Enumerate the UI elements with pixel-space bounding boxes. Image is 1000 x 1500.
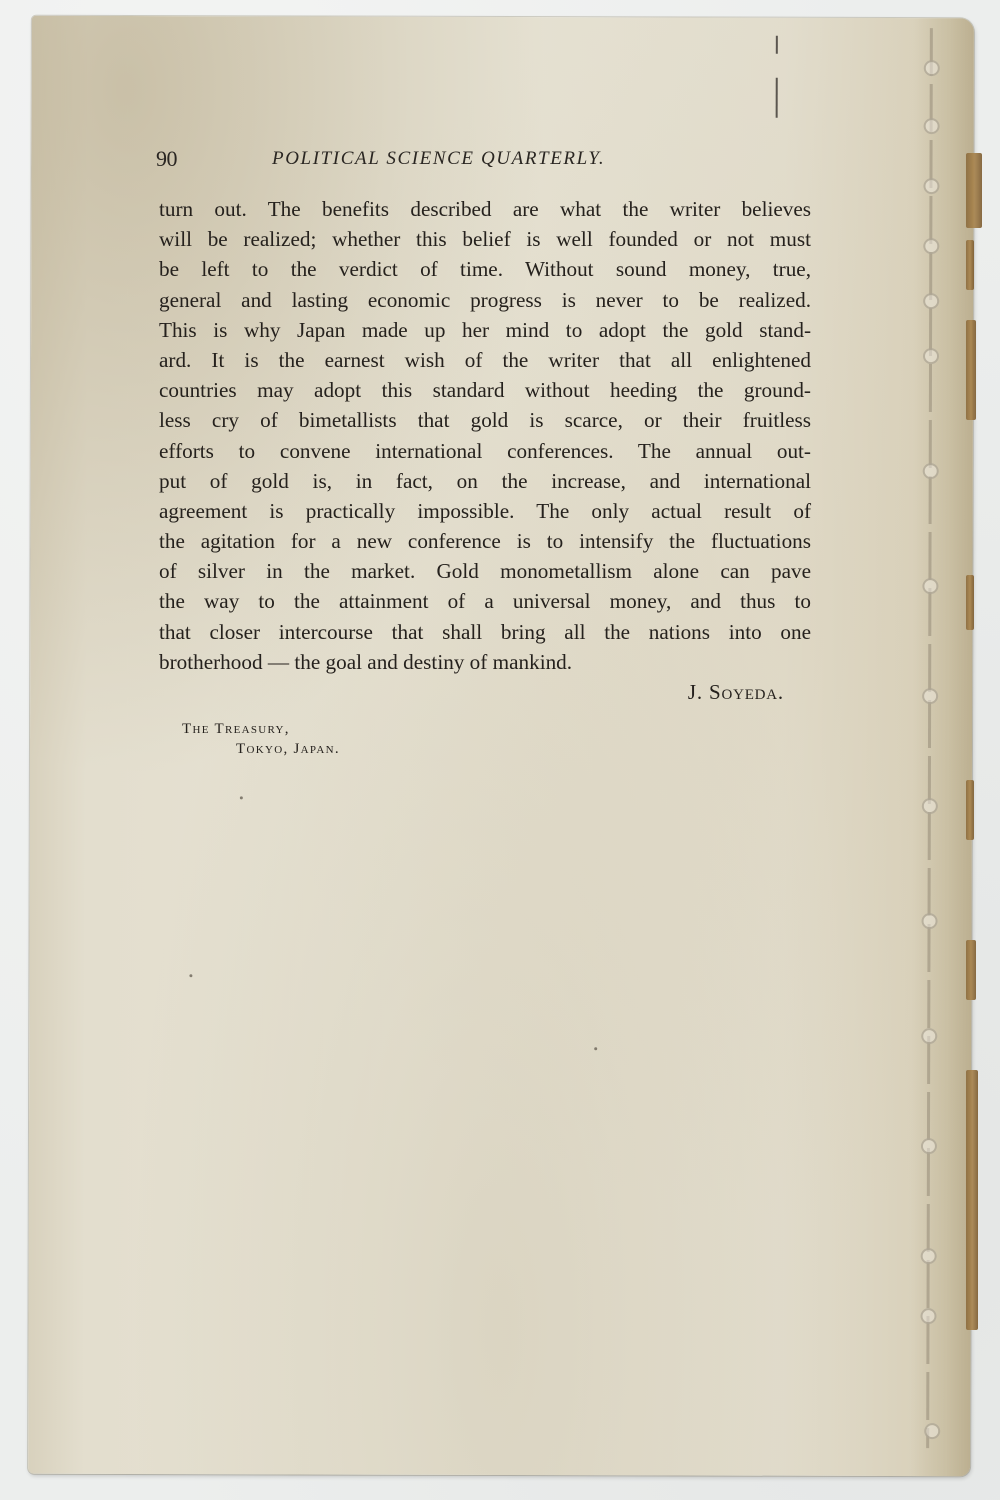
binding-tab — [966, 153, 982, 228]
address-line-2: Tokyo, Japan. — [182, 739, 340, 759]
stitch-knot — [923, 348, 939, 364]
text-line: that closer intercourse that shall bring… — [159, 617, 811, 647]
stitch-knot — [920, 1308, 936, 1324]
text-line: less cry of bimetallists that gold is sc… — [159, 405, 811, 435]
text-line: efforts to convene international confere… — [159, 436, 811, 466]
page-header: 90 POLITICAL SCIENCE QUARTERLY. — [156, 146, 716, 172]
text-line: put of gold is, in fact, on the increase… — [159, 466, 811, 496]
stitch-knot — [923, 238, 939, 254]
text-line: the agitation for a new conference is to… — [159, 526, 811, 556]
text-line: This is why Japan made up her mind to ad… — [159, 315, 811, 345]
text-line: general and lasting economic progress is… — [159, 285, 811, 315]
stitch-knot — [923, 463, 939, 479]
page-number: 90 — [156, 146, 177, 172]
binding-tab — [966, 240, 974, 290]
text-line: ard. It is the earnest wish of the write… — [159, 345, 811, 375]
stitch-knot — [921, 1248, 937, 1264]
text-line: countries may adopt this standard withou… — [159, 375, 811, 405]
paper-speck — [240, 796, 243, 799]
paper-speck — [189, 974, 192, 977]
stitch-knot — [922, 578, 938, 594]
text-line: turn out. The benefits described are wha… — [159, 194, 811, 224]
text-line: of silver in the market. Gold monometall… — [159, 556, 811, 586]
stitch-knot — [924, 1423, 940, 1439]
binding-tab — [966, 780, 974, 840]
address-line-1: The Treasury, — [182, 721, 290, 737]
stitch-knot — [921, 1138, 937, 1154]
binding-tab — [966, 575, 974, 630]
binding-tab — [966, 940, 976, 1000]
stitch-knot — [923, 293, 939, 309]
binding-tab — [966, 320, 976, 420]
page-edge-stain — [910, 18, 974, 1476]
text-line: agreement is practically impossible. The… — [159, 496, 811, 526]
running-head: POLITICAL SCIENCE QUARTERLY. — [272, 148, 605, 170]
text-line: be left to the verdict of time. Without … — [159, 254, 811, 284]
text-line: will be realized; whether this belief is… — [159, 224, 811, 254]
stitch-knot — [924, 60, 940, 76]
stitch-knot — [922, 688, 938, 704]
text-line: brotherhood — the goal and destiny of ma… — [159, 647, 811, 677]
author-signature: J. Soyeda. — [580, 680, 784, 705]
body-paragraph: turn out. The benefits described are wha… — [159, 194, 811, 677]
binding-tab — [966, 1070, 978, 1330]
author-address: The Treasury, Tokyo, Japan. — [182, 719, 340, 759]
stitch-knot — [922, 913, 938, 929]
pencil-mark — [776, 36, 778, 54]
paper-speck — [594, 1047, 597, 1050]
stitch-knot — [921, 1028, 937, 1044]
stitch-knot — [922, 798, 938, 814]
stitch-knot — [924, 118, 940, 134]
stitch-knot — [923, 178, 939, 194]
text-line: the way to the attainment of a universal… — [159, 586, 811, 616]
pencil-mark — [776, 78, 778, 118]
